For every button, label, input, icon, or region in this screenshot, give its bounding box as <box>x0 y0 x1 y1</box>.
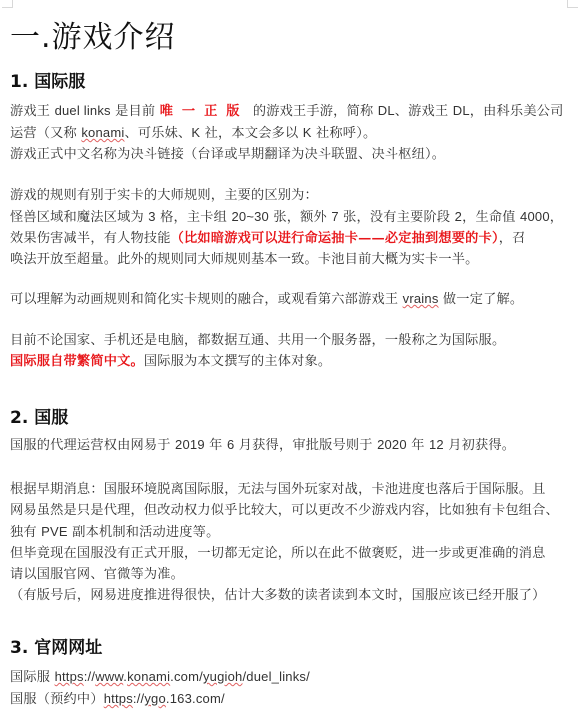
text: 张，没有主要阶段 <box>339 210 455 225</box>
emphasis-only-official: 唯一正版 <box>160 104 249 119</box>
emphasis-chinese-support: 国际服自带繁简中文。 <box>10 354 144 369</box>
text: 格，主卡组 <box>156 210 232 225</box>
paragraph-rules: 游戏的规则有别于实卡的大师规则，主要的区别为： 怪兽区域和魔法区域为 3 格，主… <box>10 185 570 270</box>
text: 运营（又称 <box>10 126 81 141</box>
url-part: konami <box>127 669 170 684</box>
number: 7 <box>331 209 338 224</box>
text-line: 请以国服官网、官微等为准。 <box>10 564 570 585</box>
text-line: 运营（又称 konami、可乐妹、K 社，本文会多以 K 社称呼）。 <box>10 122 570 144</box>
text: 国际服为本文撰写的主体对象。 <box>144 354 331 369</box>
text-dl: DL <box>453 103 470 118</box>
text-line: 国际服自带繁简中文。国际服为本文撰写的主体对象。 <box>10 351 570 372</box>
number: 12 <box>429 437 444 452</box>
text: 月获得，审批版号则于 <box>234 438 377 453</box>
text: 张，额外 <box>269 210 331 225</box>
number: 2019 <box>175 437 205 452</box>
link-ygo-163[interactable]: https://ygo.163.com/ <box>104 691 225 706</box>
text-line: 游戏王 duel links 是目前 唯一正版 的游戏王手游，简称 DL、游戏王… <box>10 100 570 122</box>
text: 的游戏王手游，简称 <box>248 104 377 119</box>
paragraph-server: 目前不论国家、手机还是电脑，都数据互通、共用一个服务器，一般称之为国际服。 国际… <box>10 330 570 372</box>
url-part: :// <box>133 691 144 706</box>
url-part: yugioh <box>203 669 243 684</box>
text-line: 可以理解为动画规则和简化实卡规则的融合，或观看第六部游戏王 vrains 做一定… <box>10 288 570 310</box>
text-line: 效果伤害减半，有人物技能（比如暗游戏可以进行命运抽卡——必定抽到想要的卡），召 <box>10 228 570 249</box>
text: 独有 <box>10 525 41 540</box>
url-part: https <box>104 691 133 706</box>
text: 游戏王 <box>10 104 55 119</box>
url-part: .com/ <box>170 669 203 684</box>
text: 、游戏王 <box>395 104 453 119</box>
url-part: /duel_links/ <box>242 669 309 684</box>
text: K <box>191 125 200 140</box>
text: 国服的代理运营权由网易于 <box>10 438 175 453</box>
paragraph-intro: 游戏王 duel links 是目前 唯一正版 的游戏王手游，简称 DL、游戏王… <box>10 100 570 165</box>
paragraph-license: 国服的代理运营权由网易于 2019 年 6 月获得，审批版号则于 2020 年 … <box>10 434 570 456</box>
section-heading-official-sites: 3. 官网网址 <box>10 633 102 658</box>
number: 20~30 <box>231 209 269 224</box>
paragraph-early-news: 根据早期消息：国服环境脱离国际服，无法与国外玩家对战，卡池进度也落后于国际服。且… <box>10 479 570 606</box>
text-dl: DL <box>378 103 395 118</box>
text-pve: PVE <box>41 524 68 539</box>
text: 做一定了解。 <box>439 292 524 307</box>
url-part: .163.com/ <box>166 691 225 706</box>
text: ，生命值 <box>462 210 520 225</box>
text: 月初获得。 <box>444 438 515 453</box>
text: 、可乐妹、 <box>124 126 191 141</box>
paragraph-links: 国际服 https://www.konami.com/yugioh/duel_l… <box>10 666 570 710</box>
link-konami-duel-links[interactable]: https://www.konami.com/yugioh/duel_links… <box>55 669 310 684</box>
text: ，由科乐美公司 <box>470 104 564 119</box>
text-line: 游戏正式中文名称为决斗链接（台译或早期翻译为决斗联盟、决斗枢纽）。 <box>10 144 570 165</box>
text: 社称呼）。 <box>312 126 377 141</box>
text-line: 但毕竟现在国服没有正式开服，一切都无定论，所以在此不做褒贬，进一步或更准确的消息 <box>10 543 570 564</box>
text-line: 网易虽然是只是代理，但改动权力似乎比较大，可以更改不少游戏内容，比如独有卡包组合… <box>10 500 570 521</box>
text-line: 游戏的规则有别于实卡的大师规则，主要的区别为： <box>10 185 570 206</box>
url-part: https <box>55 669 84 684</box>
page-corner-mark-left <box>2 0 13 8</box>
text: ， <box>550 210 563 225</box>
text-vrains-spellcheck: vrains <box>403 291 439 306</box>
number: 4000 <box>520 209 550 224</box>
number: 2020 <box>377 437 407 452</box>
text-line: 根据早期消息：国服环境脱离国际服，无法与国外玩家对战，卡池进度也落后于国际服。且 <box>10 479 570 500</box>
text-line: （有版号后，网易进度推进得很快，估计大多数的读者读到本文时，国服应该已经开服了） <box>10 585 570 606</box>
text: ，召 <box>499 231 526 246</box>
link-label: 国服（预约中） <box>10 692 104 707</box>
text: K <box>303 125 312 140</box>
text: 社，本文会多以 <box>200 126 303 141</box>
number: 2 <box>455 209 462 224</box>
url-part: ygo <box>144 691 166 706</box>
emphasis-skill-example: （比如暗游戏可以进行命运抽卡——必定抽到想要的卡） <box>171 231 499 246</box>
text: 效果伤害减半，有人物技能 <box>10 231 171 246</box>
link-line-international: 国际服 https://www.konami.com/yugioh/duel_l… <box>10 666 570 688</box>
text-line: 国服的代理运营权由网易于 2019 年 6 月获得，审批版号则于 2020 年 … <box>10 434 570 456</box>
text: 年 <box>205 438 227 453</box>
text-duel-links: duel links <box>55 103 111 118</box>
text: 副本机制和活动进度等。 <box>68 525 220 540</box>
section-heading-china-server: 2. 国服 <box>10 403 68 428</box>
url-part: :// <box>84 669 95 684</box>
text-line: 怪兽区域和魔法区域为 3 格，主卡组 20~30 张，额外 7 张，没有主要阶段… <box>10 206 570 228</box>
page-corner-mark-right <box>567 0 578 8</box>
text-konami-spellcheck: konami <box>81 125 124 140</box>
text-line: 目前不论国家、手机还是电脑，都数据互通、共用一个服务器，一般称之为国际服。 <box>10 330 570 351</box>
text: 怪兽区域和魔法区域为 <box>10 210 148 225</box>
page-title: 一.游戏介绍 <box>10 12 176 56</box>
number: 3 <box>148 209 155 224</box>
text: 年 <box>407 438 429 453</box>
section-heading-international: 1. 国际服 <box>10 67 85 92</box>
text-line: 唤法开放至超量。此外的规则同大师规则基本一致。卡池目前大概为实卡一半。 <box>10 249 570 270</box>
url-part: www <box>95 669 123 684</box>
link-line-china: 国服（预约中）https://ygo.163.com/ <box>10 688 570 710</box>
paragraph-anime-rules: 可以理解为动画规则和简化实卡规则的融合，或观看第六部游戏王 vrains 做一定… <box>10 288 570 310</box>
text-line: 独有 PVE 副本机制和活动进度等。 <box>10 521 570 543</box>
text: 可以理解为动画规则和简化实卡规则的融合，或观看第六部游戏王 <box>10 292 403 307</box>
link-label: 国际服 <box>10 670 55 685</box>
text: 是目前 <box>111 104 160 119</box>
